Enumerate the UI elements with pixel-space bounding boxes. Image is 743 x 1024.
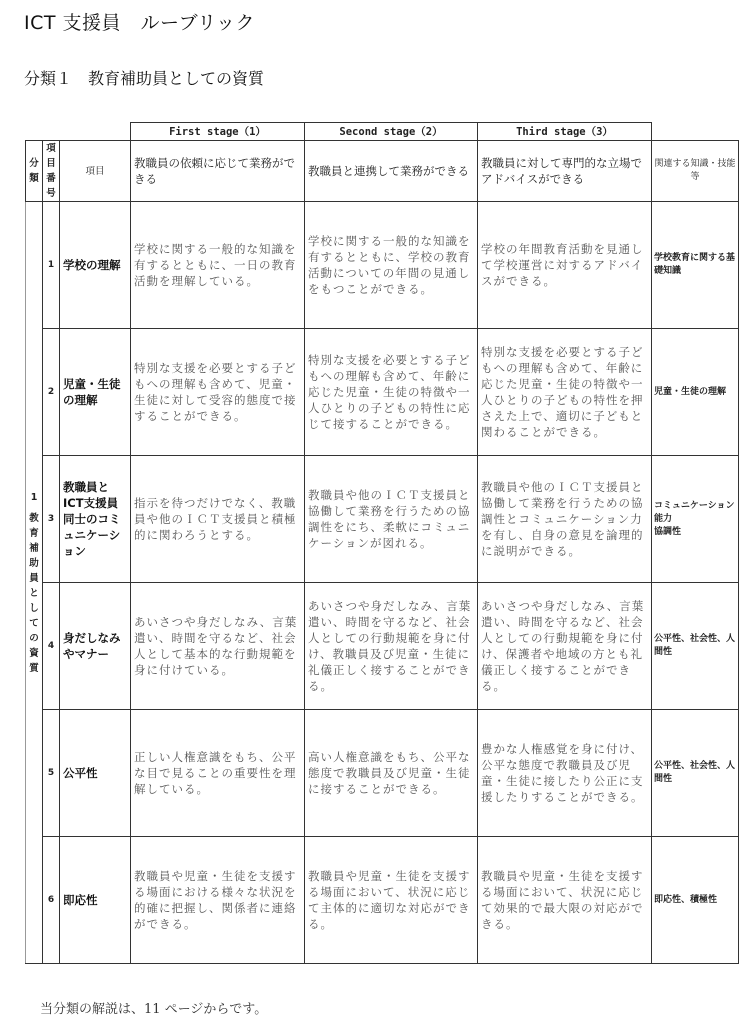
header-item-number: 項目番号: [43, 141, 60, 202]
related-skills: 公平性、社会性、人間性: [652, 710, 739, 837]
header-stage1: 教職員の依頼に応じて業務ができる: [131, 141, 305, 202]
stage-header-2: Second stage（2）: [305, 123, 478, 141]
stage3-description: 教職員や他のＩＣＴ支援員と協働して業務を行うための協調性とコミュニケーション力を…: [478, 456, 652, 583]
table-row: 3 教職員とICT支援員同士のコミュニケーション 指示を待つだけでなく、教職員や…: [26, 456, 739, 583]
header-stage3: 教職員に対して専門的な立場でアドバイスができる: [478, 141, 652, 202]
stage1-description: あいさつや身だしなみ、言葉遣い、時間を守るなど、社会人として基本的な行動規範を身…: [131, 583, 305, 710]
stage1-description: 学校に関する一般的な知識を有するとともに、一日の教育活動を理解している。: [131, 202, 305, 329]
stage3-description: 学校の年間教育活動を見通して学校運営に対するアドバイスができる。: [478, 202, 652, 329]
category-label: 教育補助員としての資質: [28, 511, 40, 676]
item-name: 身だしなみやマナー: [60, 583, 131, 710]
item-name: 教職員とICT支援員同士のコミュニケーション: [60, 456, 131, 583]
category-cell: 1 教育補助員としての資質: [26, 202, 43, 964]
related-skills: 公平性、社会性、人間性: [652, 583, 739, 710]
stage2-description: 学校に関する一般的な知識を有するとともに、学校の教育活動についての年間の見通しを…: [305, 202, 478, 329]
stage1-description: 指示を待つだけでなく、教職員や他のＩＣＴ支援員と積極的に関わろうとする。: [131, 456, 305, 583]
header-stage2: 教職員と連携して業務ができる: [305, 141, 478, 202]
stage-header-1: First stage（1）: [131, 123, 305, 141]
item-name: 即応性: [60, 837, 131, 964]
item-name: 学校の理解: [60, 202, 131, 329]
stage1-description: 正しい人権意識をもち、公平な目で見ることの重要性を理解している。: [131, 710, 305, 837]
rubric-table: First stage（1） Second stage（2） Third sta…: [25, 122, 739, 964]
stage2-description: 教職員や他のＩＣＴ支援員と協働して業務を行うための協調性をにち、柔軟にコミュニケ…: [305, 456, 478, 583]
stage3-description: 豊かな人権感覚を身に付け、公平な態度で教職員及び児童・生徒に接したり公正に支援し…: [478, 710, 652, 837]
table-row: 2 児童・生徒の理解 特別な支援を必要とする子どもへの理解も含めて、児童・生徒に…: [26, 329, 739, 456]
stage2-description: 特別な支援を必要とする子どもへの理解も含めて、年齢に応じた児童・生徒の特徴や一人…: [305, 329, 478, 456]
item-number: 1: [43, 202, 60, 329]
stage1-description: 教職員や児童・生徒を支援する場面における様々な状況を的確に把握し、関係者に連絡が…: [131, 837, 305, 964]
stage2-description: あいさつや身だしなみ、言葉遣い、時間を守るなど、社会人としての行動規範を身に付け…: [305, 583, 478, 710]
related-skills: 学校教育に関する基礎知識: [652, 202, 739, 329]
stage2-description: 高い人権意識をもち、公平な態度で教職員及び児童・生徒に接することができる。: [305, 710, 478, 837]
related-skills: コミュニケーション能力 協調性: [652, 456, 739, 583]
section-title: 分類１ 教育補助員としての資質: [24, 66, 264, 89]
document-title: ICT 支援員 ルーブリック: [24, 8, 255, 35]
stage2-description: 教職員や児童・生徒を支援する場面において、状況に応じて主体的に適切な対応ができる…: [305, 837, 478, 964]
stage3-description: 特別な支援を必要とする子どもへの理解も含めて、年齢に応じた児童・生徒の特徴や一人…: [478, 329, 652, 456]
stage3-description: あいさつや身だしなみ、言葉遣い、時間を守るなど、社会人としての行動規範を身に付け…: [478, 583, 652, 710]
item-name: 児童・生徒の理解: [60, 329, 131, 456]
item-name: 公平性: [60, 710, 131, 837]
table-row: 1 教育補助員としての資質 1 学校の理解 学校に関する一般的な知識を有するとと…: [26, 202, 739, 329]
item-number: 2: [43, 329, 60, 456]
stage3-description: 教職員や児童・生徒を支援する場面において、状況に応じて効果的で最大限の対応ができ…: [478, 837, 652, 964]
header-category: 分類: [26, 141, 43, 202]
stage-header-3: Third stage（3）: [478, 123, 652, 141]
item-number: 3: [43, 456, 60, 583]
category-number: 1: [26, 490, 42, 505]
header-related: 関連する知識・技能等: [652, 141, 739, 202]
item-number: 6: [43, 837, 60, 964]
column-header-row: 分類 項目番号 項目 教職員の依頼に応じて業務ができる 教職員と連携して業務がで…: [26, 141, 739, 202]
item-number: 4: [43, 583, 60, 710]
related-skills: 児童・生徒の理解: [652, 329, 739, 456]
header-item: 項目: [60, 141, 131, 202]
footnote: 当分類の解説は、11 ページからです。: [40, 998, 267, 1017]
table-row: 5 公平性 正しい人権意識をもち、公平な目で見ることの重要性を理解している。 高…: [26, 710, 739, 837]
table-row: 4 身だしなみやマナー あいさつや身だしなみ、言葉遣い、時間を守るなど、社会人と…: [26, 583, 739, 710]
stage-header-row: First stage（1） Second stage（2） Third sta…: [26, 123, 739, 141]
table-row: 6 即応性 教職員や児童・生徒を支援する場面における様々な状況を的確に把握し、関…: [26, 837, 739, 964]
item-number: 5: [43, 710, 60, 837]
related-skills: 即応性、積極性: [652, 837, 739, 964]
stage1-description: 特別な支援を必要とする子どもへの理解も含めて、児童・生徒に対して受容的態度で接す…: [131, 329, 305, 456]
